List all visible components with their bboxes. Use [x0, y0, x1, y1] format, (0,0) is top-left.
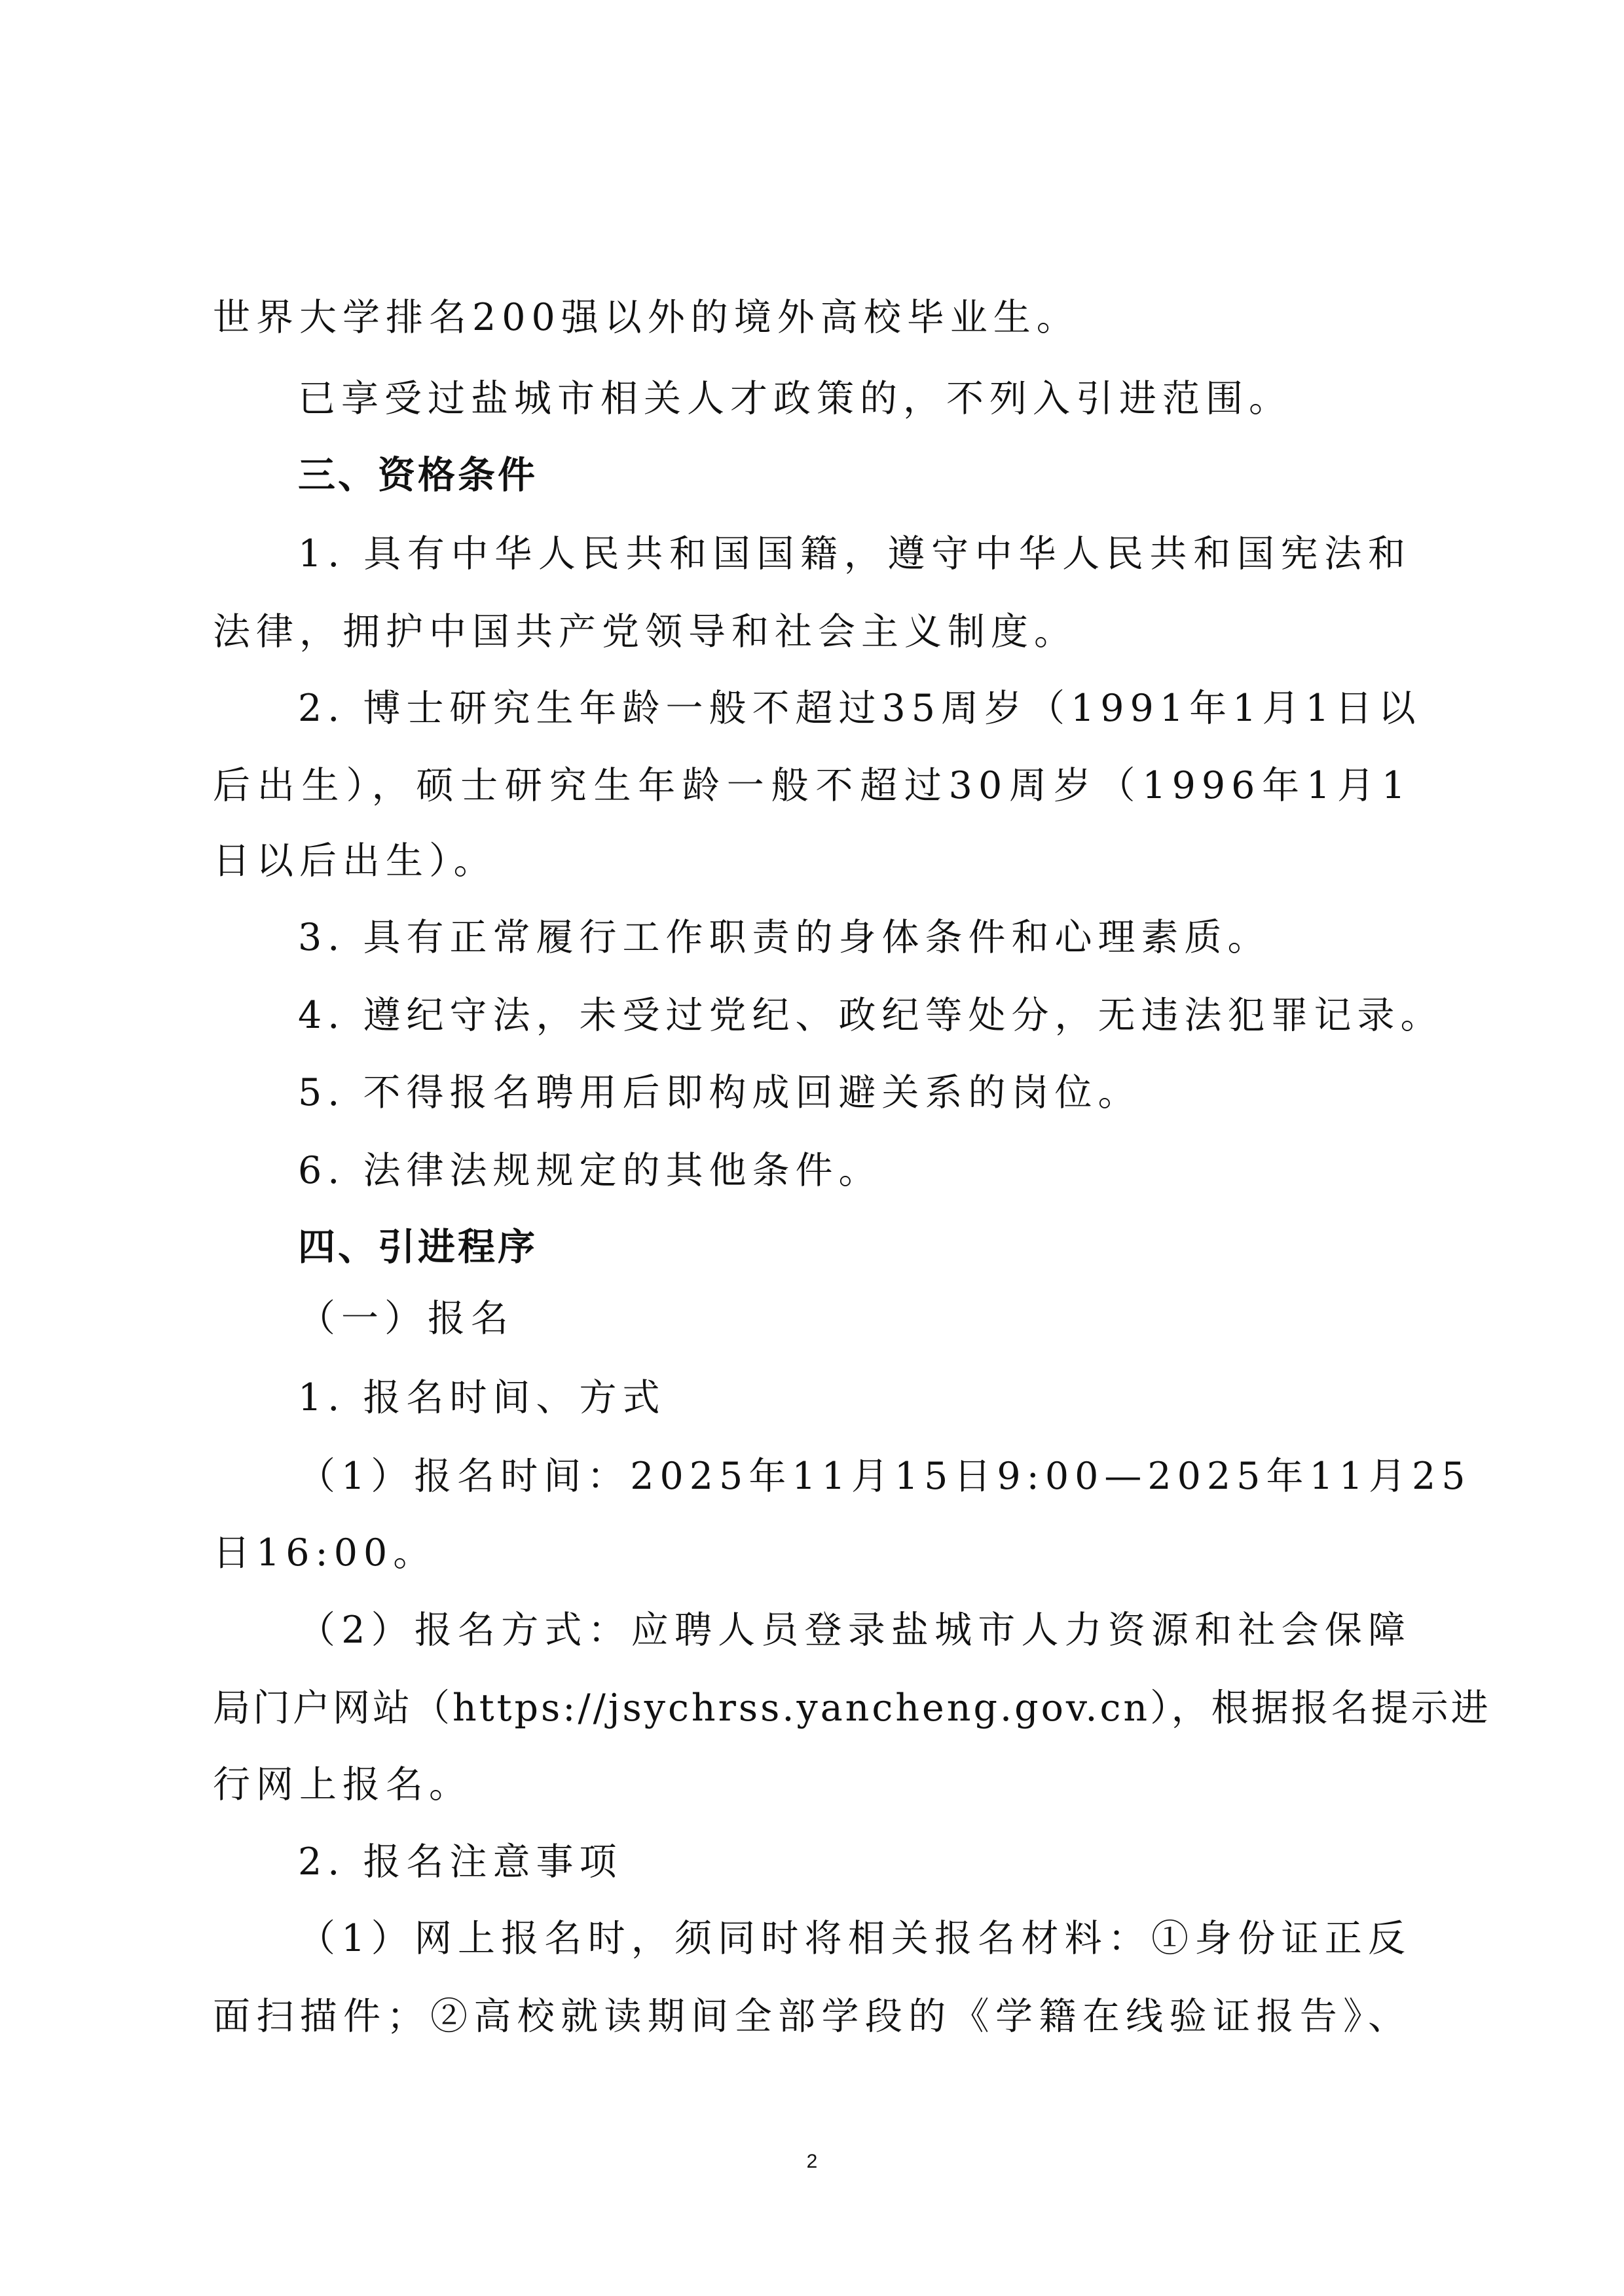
paragraph-line: 6. 法律法规规定的其他条件。	[298, 1144, 1411, 1197]
section-heading-procedure: 四、引进程序	[298, 1221, 1411, 1273]
page-number: 2	[786, 2151, 838, 2173]
section-heading-qualifications: 三、资格条件	[298, 449, 1411, 501]
paragraph-line: 1. 报名时间、方式	[298, 1372, 1411, 1424]
paragraph-line: 后出生），硕士研究生年龄一般不超过30周岁（1996年1月1	[213, 759, 1411, 812]
paragraph-line-with-url: 局门户网站（https://jsychrss.yancheng.gov.cn），…	[213, 1682, 1411, 1734]
paragraph-line: 面扫描件；②高校就读期间全部学段的《学籍在线验证报告》、	[213, 1990, 1411, 2043]
subsection-heading-registration: （一）报名	[298, 1292, 1411, 1345]
paragraph-line: 2. 博士研究生年龄一般不超过35周岁（1991年1月1日以	[298, 682, 1411, 735]
paragraph-line: （2）报名方式：应聘人员登录盐城市人力资源和社会保障	[298, 1604, 1411, 1656]
paragraph-line: 2. 报名注意事项	[298, 1836, 1411, 1888]
paragraph-line: （1）报名时间：2025年11月15日9:00—2025年11月25	[298, 1450, 1411, 1503]
paragraph-line: 3. 具有正常履行工作职责的身体条件和心理素质。	[298, 911, 1411, 964]
paragraph-line: （1）网上报名时，须同时将相关报名材料：①身份证正反	[298, 1912, 1411, 1965]
paragraph-line: 5. 不得报名聘用后即构成回避关系的岗位。	[298, 1066, 1411, 1119]
paragraph-line: 日16:00。	[213, 1527, 1411, 1579]
paragraph-line: 4. 遵纪守法，未受过党纪、政纪等处分，无违法犯罪记录。	[298, 989, 1411, 1042]
paragraph-line: 法律，拥护中国共产党领导和社会主义制度。	[213, 606, 1411, 658]
paragraph-line: 已享受过盐城市相关人才政策的，不列入引进范围。	[298, 373, 1411, 425]
document-page: 世界大学排名200强以外的境外高校毕业生。 已享受过盐城市相关人才政策的，不列入…	[0, 0, 1624, 2296]
paragraph-line: 日以后出生）。	[213, 835, 1411, 887]
paragraph-line: 行网上报名。	[213, 1758, 1411, 1811]
paragraph-line: 1. 具有中华人民共和国国籍，遵守中华人民共和国宪法和	[298, 528, 1411, 580]
paragraph-line: 世界大学排名200强以外的境外高校毕业生。	[213, 291, 1411, 344]
